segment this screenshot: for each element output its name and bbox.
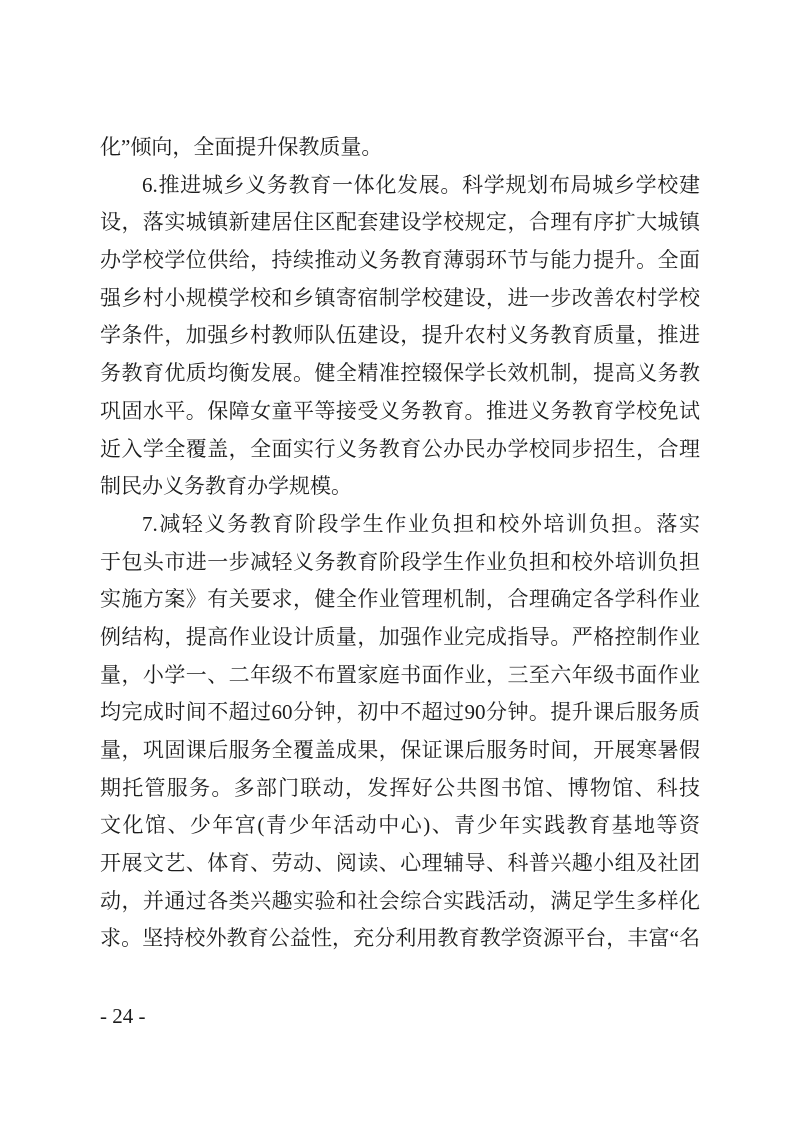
page-number: - 24 -: [100, 1002, 146, 1030]
text-line: 开展文艺、体育、劳动、阅读、心理辅导、科普兴趣小组及社团活: [100, 845, 700, 883]
text-line: 量，小学一、二年级不布置家庭书面作业，三至六年级书面作业平: [100, 657, 700, 695]
text-line: 巩固水平。保障女童平等接受义务教育。推进义务教育学校免试就: [100, 393, 700, 431]
text-line: 期托管服务。多部门联动，发挥好公共图书馆、博物馆、科技馆、: [100, 770, 700, 808]
text-line: 7.减轻义务教育阶段学生作业负担和校外培训负担。落实《关: [100, 506, 700, 544]
text-line: 务教育优质均衡发展。健全精准控辍保学长效机制，提高义务教育: [100, 355, 700, 393]
text-line: 强乡村小规模学校和乡镇寄宿制学校建设，进一步改善农村学校办: [100, 280, 700, 318]
document-body: 化”倾向，全面提升保教质量。6.推进城乡义务教育一体化发展。科学规划布局城乡学校…: [100, 129, 700, 958]
text-line: 6.推进城乡义务教育一体化发展。科学规划布局城乡学校建: [100, 167, 700, 205]
text-line: 化”倾向，全面提升保教质量。: [100, 129, 700, 167]
text-line: 例结构，提高作业设计质量，加强作业完成指导。严格控制作业总: [100, 619, 700, 657]
text-line: 学条件，加强乡村教师队伍建设，提升农村义务教育质量，推进义: [100, 317, 700, 355]
text-line: 量，巩固课后服务全覆盖成果，保证课后服务时间，开展寒暑假假: [100, 732, 700, 770]
text-line: 设，落实城镇新建居住区配套建设学校规定，合理有序扩大城镇公: [100, 204, 700, 242]
text-line: 均完成时间不超过60分钟，初中不超过90分钟。提升课后服务质: [100, 694, 700, 732]
text-line: 办学校学位供给，持续推动义务教育薄弱环节与能力提升。全面加: [100, 242, 700, 280]
text-line: 求。坚持校外教育公益性，充分利用教育教学资源平台，丰富“名师: [100, 920, 700, 958]
text-line: 动，并通过各类兴趣实验和社会综合实践活动，满足学生多样化需: [100, 883, 700, 921]
document-page: 化”倾向，全面提升保教质量。6.推进城乡义务教育一体化发展。科学规划布局城乡学校…: [0, 0, 794, 1122]
text-line: 近入学全覆盖，全面实行义务教育公办民办学校同步招生，合理控: [100, 431, 700, 469]
text-line: 实施方案》有关要求，健全作业管理机制，合理确定各学科作业比: [100, 581, 700, 619]
text-line: 文化馆、少年宫(青少年活动中心)、青少年实践教育基地等资源，: [100, 807, 700, 845]
text-line: 制民办义务教育办学规模。: [100, 468, 700, 506]
text-line: 于包头市进一步减轻义务教育阶段学生作业负担和校外培训负担的: [100, 544, 700, 582]
